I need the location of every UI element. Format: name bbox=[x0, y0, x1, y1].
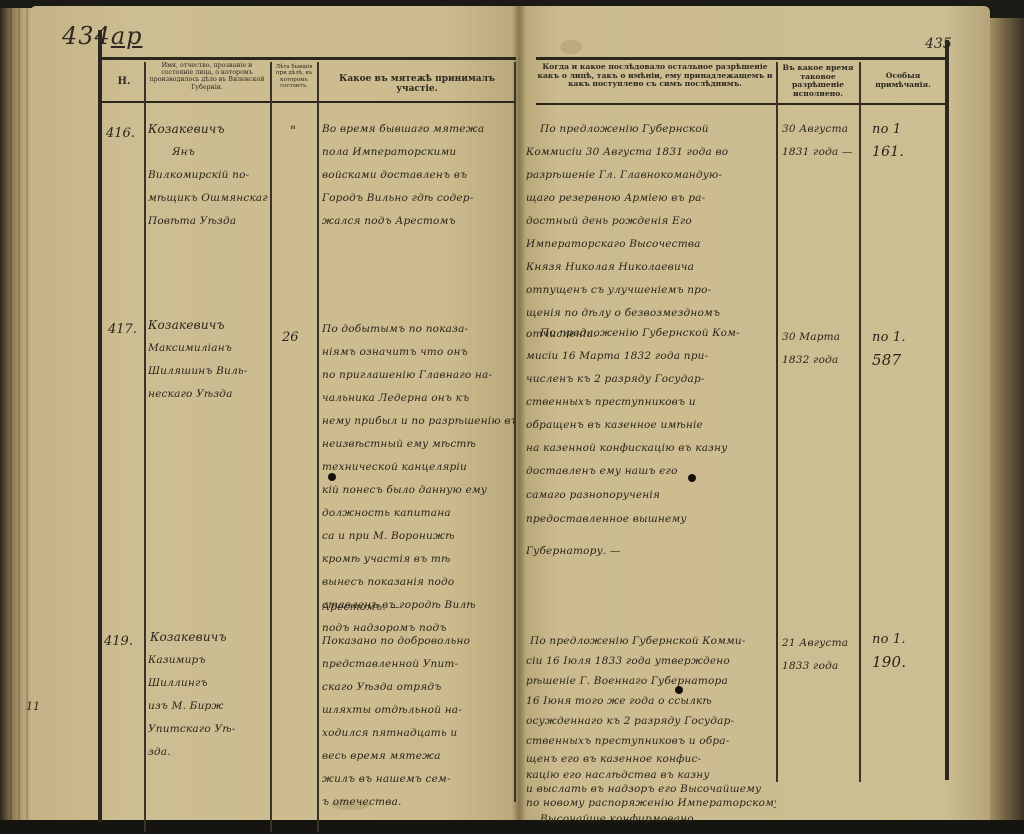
participation-line: по приглашенію Главнаго на- bbox=[322, 364, 514, 387]
scan-bottom-border bbox=[0, 820, 1024, 834]
participation-line: неизвѣстный ему мѣстѣ bbox=[322, 433, 514, 456]
name-line: Шиллингъ bbox=[148, 672, 268, 695]
name-line: Повѣта Уѣзда bbox=[148, 210, 268, 233]
margin-mark: 11 bbox=[26, 700, 40, 713]
page-number-suffix: ар bbox=[111, 22, 143, 50]
participation-line: войсками доставленъ въ bbox=[322, 164, 514, 187]
name-line: Казимиръ bbox=[148, 649, 268, 672]
participation-line: жался подъ Арестомъ bbox=[322, 210, 514, 233]
participation-line: вынесъ показанія подо bbox=[322, 571, 514, 594]
name-line: изъ М. Бирж bbox=[148, 695, 268, 718]
participation-line: пола Императорскими bbox=[322, 141, 514, 164]
entry-419-executed-date: 21 Августа bbox=[782, 632, 858, 655]
left-page-number: 434ар bbox=[62, 22, 142, 50]
entry-416-note: по 1 bbox=[872, 118, 942, 141]
resolution-line: По предложенію Губернской bbox=[540, 118, 776, 141]
entry-419-note: по 1. bbox=[872, 628, 942, 651]
participation-line: Во время бывшаго мятежа bbox=[322, 118, 514, 141]
participation-line: должность капитана bbox=[322, 502, 514, 525]
resolution-line: Высочайше конфирмовано bbox=[540, 808, 776, 831]
participation-line: кромѣ участія въ тѣ bbox=[322, 548, 514, 571]
col-header-executed: Въ какое время таковое разрѣшеніе исполн… bbox=[778, 64, 858, 99]
binding-hole bbox=[688, 474, 696, 482]
entry-417-participation-end: Арестомъ. — bbox=[322, 596, 514, 619]
binding-hole bbox=[675, 686, 683, 694]
entry-419-note: 190. bbox=[872, 651, 942, 674]
column-divider bbox=[514, 62, 516, 802]
column-divider bbox=[317, 62, 319, 832]
entry-416-note: 161. bbox=[872, 141, 942, 164]
column-divider bbox=[270, 62, 272, 832]
name-line: Козакевичъ bbox=[148, 314, 268, 337]
participation-line: ходился пятнадцать и bbox=[322, 722, 514, 745]
participation-line: технической канцеляріи bbox=[322, 456, 514, 479]
entry-number: 419. bbox=[104, 634, 133, 649]
resolution-line: разрѣшеніе Гл. Главнокомандую- bbox=[526, 164, 776, 187]
col-header-notes: Особыя примѣчанія. bbox=[861, 72, 945, 89]
col-header-resolution: Когда и какое послѣдовало остальное разр… bbox=[534, 63, 776, 89]
resolution-line: Коммисіи 30 Августа 1831 года во bbox=[526, 141, 776, 164]
ledger-book: 434ар 435 11 Н. Имя, отчество, прозваніе… bbox=[0, 0, 1024, 834]
participation-line: ъ отечества. bbox=[322, 791, 514, 814]
column-divider bbox=[859, 62, 861, 782]
entry-age: " bbox=[290, 124, 296, 139]
entry-417-note: 587 bbox=[872, 349, 942, 372]
participation-line: жилъ въ нашемъ сем- bbox=[322, 768, 514, 791]
col-header-age: Лѣта бывшія при дѣлѣ, въ которомъ состои… bbox=[272, 64, 316, 89]
name-line: Козакевичъ bbox=[148, 118, 268, 141]
participation-line: кій понесъ было данную ему bbox=[322, 479, 514, 502]
resolution-line: мисіи 16 Марта 1832 года при- bbox=[526, 345, 776, 368]
resolution-line: численъ къ 2 разряду Государ- bbox=[526, 368, 776, 391]
entry-number: 417. bbox=[108, 322, 137, 337]
resolution-line: По предложенію Губернской Ком- bbox=[540, 322, 776, 345]
entry-417-executed-year: 1832 года bbox=[782, 349, 858, 372]
col-header-name: Имя, отчество, прозваніе и состояніе лиц… bbox=[146, 62, 268, 91]
resolution-line: достный день рожденія Его bbox=[526, 210, 776, 233]
participation-line: чальника Ледерна онъ къ bbox=[322, 387, 514, 410]
name-line: Упитскаго Уѣ- bbox=[148, 718, 268, 741]
participation-line: ніямъ означитъ что онъ bbox=[322, 341, 514, 364]
name-line: Шиляшинъ Виль- bbox=[148, 360, 268, 383]
entry-419-executed-year: 1833 года bbox=[782, 655, 858, 678]
resolution-line: самаго разнопорученія bbox=[526, 484, 776, 507]
resolution-line: обращенъ въ казенное имѣніе bbox=[526, 414, 776, 437]
participation-line: Городъ Вильно гдѣ содер- bbox=[322, 187, 514, 210]
participation-line: представленной Упит- bbox=[322, 653, 514, 676]
resolution-line: Императорскаго Высочества bbox=[526, 233, 776, 256]
participation-line: весь время мятежа bbox=[322, 745, 514, 768]
left-page-border bbox=[98, 30, 102, 822]
col-header-no: Н. bbox=[104, 76, 144, 88]
binding-hole bbox=[328, 473, 336, 481]
page-number-digits: 434 bbox=[62, 22, 111, 50]
resolution-line: доставленъ ему нашъ его bbox=[526, 460, 776, 483]
participation-line: шляхты отдѣльной на- bbox=[322, 699, 514, 722]
header-bottom-rule bbox=[536, 103, 948, 105]
col-header-participation: Какое въ мятежѣ принималъ участіе. bbox=[320, 74, 514, 95]
entry-416-executed-date: 30 Августа bbox=[782, 118, 858, 141]
header-top-rule bbox=[100, 57, 516, 60]
participation-line: По добытымъ по показа- bbox=[322, 318, 514, 341]
participation-line: скаго Уѣзда отрядъ bbox=[322, 676, 514, 699]
column-divider bbox=[776, 62, 778, 782]
header-bottom-rule bbox=[100, 101, 516, 103]
column-divider bbox=[144, 62, 146, 832]
participation-line: нему прибыл и по разрѣшенію въ bbox=[322, 410, 514, 433]
right-page-border bbox=[945, 40, 949, 780]
entry-417-note: по 1. bbox=[872, 326, 942, 349]
name-line: Максимиліанъ bbox=[148, 337, 268, 360]
name-line: Янъ bbox=[172, 141, 268, 164]
resolution-line: на казенной конфискацію въ казну bbox=[526, 437, 776, 460]
name-line: Козакевичъ bbox=[150, 626, 268, 649]
resolution-line: предоставленное вышнему bbox=[526, 508, 776, 531]
entry-number: 416. bbox=[106, 126, 135, 141]
book-right-edge bbox=[988, 18, 1024, 828]
header-top-rule bbox=[536, 57, 948, 60]
paper-stain bbox=[560, 40, 582, 54]
participation-line: Показано по добровольно bbox=[322, 630, 514, 653]
participation-line: са и при М. Воронижѣ bbox=[322, 525, 514, 548]
name-line: мѣщикъ Ошмянскаго bbox=[148, 187, 268, 210]
resolution-line: Князя Николая Николаевича bbox=[526, 256, 776, 279]
resolution-line: щаго резервною Арміею въ ра- bbox=[526, 187, 776, 210]
name-line: нескаго Уѣзда bbox=[148, 383, 268, 406]
entry-age: 26 bbox=[282, 330, 299, 345]
resolution-line: отпущенъ съ улучшеніемъ про- bbox=[526, 279, 776, 302]
entry-416-executed-year: 1831 года — bbox=[782, 141, 858, 164]
resolution-line: ственныхъ преступниковъ и bbox=[526, 391, 776, 414]
name-line: зда. bbox=[148, 741, 268, 764]
resolution-line: Губернатору. — bbox=[526, 540, 776, 563]
name-line: Вилкомирскій по- bbox=[148, 164, 268, 187]
entry-417-executed-date: 30 Марта bbox=[782, 326, 858, 349]
